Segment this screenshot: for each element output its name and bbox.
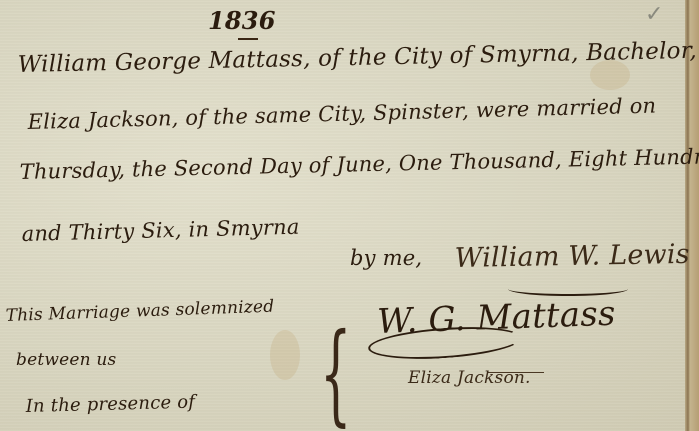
solemnized-line-3: In the presence of [25,392,195,417]
solemnized-line-1: This Marriage was solemnized [5,297,274,326]
entry-line-3: Thursday, the Second Day of June, One Th… [19,144,699,184]
officiant-signature: William W. Lewis [454,239,690,274]
paper-stain [270,330,300,380]
checkmark-icon: ✓ [645,2,664,27]
entry-line-4: and Thirty Six, in Smyrna [21,215,299,246]
page-binding-edge [685,0,699,431]
groom-signature: W. G. Mattass [377,294,617,342]
entry-line-2: Eliza Jackson, of the same City, Spinste… [27,94,656,134]
register-page: 1836 ✓ William George Mattass, of the Ci… [0,0,699,431]
officiant-prefix: by me, [350,246,422,270]
brace-glyph: { [320,318,352,428]
year-underline [238,38,258,40]
solemnized-line-2: between us [16,350,116,370]
bride-signature: Eliza Jackson. [408,368,531,388]
entry-year: 1836 [208,6,276,35]
